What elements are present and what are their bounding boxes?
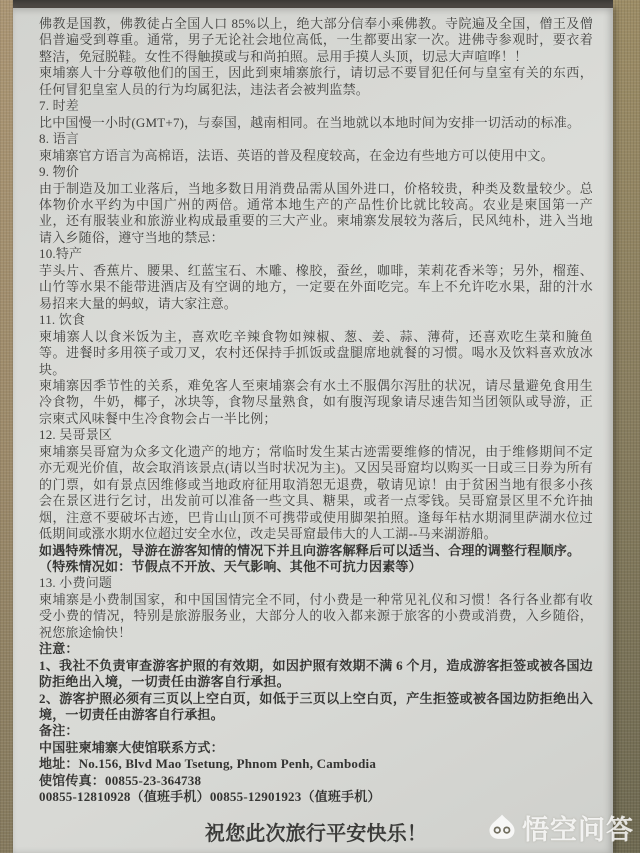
paragraph-special-cases: （特殊情况如：节假点不开放、天气影响、其他不可抗力因素等） bbox=[39, 559, 593, 575]
section-13-tipping: 13. 小费问题 bbox=[39, 575, 593, 591]
notice-passport-blank-pages: 2、游客护照必须有三页以上空白页，如低于三页以上空白页，产生拒签或被各国边防拒绝… bbox=[39, 691, 593, 724]
paragraph-tipping: 柬埔寨是小费制国家，和中国国情完全不同，付小费是一种常见礼仪和习惯！各行各业都有… bbox=[39, 592, 593, 641]
embassy-contact-label: 中国驻柬埔寨大使馆联系方式： bbox=[39, 740, 593, 756]
paragraph-language: 柬埔寨官方语言为高棉语，法语、英语的普及程度较高，在金边有些地方可以使用中文。 bbox=[39, 148, 593, 164]
embassy-address: 地址：No.156, Blvd Mao Tsetung, Phnom Penh,… bbox=[39, 756, 593, 772]
watermark-brand-text: 悟空问答 bbox=[522, 808, 634, 847]
paragraph-time-difference: 比中国慢一小时(GMT+7)，与泰国，越南相同。在当地就以本地时间为安排一切活动… bbox=[39, 115, 593, 131]
notice-label: 注意： bbox=[39, 641, 593, 657]
section-9-prices: 9. 物价 bbox=[39, 164, 593, 180]
paragraph-angkor-notes: 柬埔寨吴哥窟为众多文化遗产的地方；常临时发生某古迹需要维修的情况，由于维修期间不… bbox=[39, 444, 593, 543]
section-7-time-difference: 7. 时差 bbox=[39, 98, 593, 114]
fabric-background-left bbox=[0, 0, 13, 853]
document-page: 佛教是国教，佛教徒占全国人口 85%以上，绝大部分信奉小乘佛教。寺院遍及全国，僧… bbox=[13, 8, 613, 853]
table-edge-shadow bbox=[13, 0, 613, 8]
watermark: 悟空问答 bbox=[487, 808, 634, 847]
paragraph-itinerary-change: 如遇特殊情况，导游在游客知情的情况下并且向游客解释后可以适当、合理的调整行程顺序… bbox=[39, 543, 593, 559]
paragraph-food-habits: 柬埔寨人以食米饭为主，喜欢吃辛辣食物如辣椒、葱、姜、蒜、薄荷，还喜欢吃生菜和腌鱼… bbox=[39, 329, 593, 378]
section-8-language: 8. 语言 bbox=[39, 131, 593, 147]
paragraph-royal-family: 柬埔寨人十分尊敬他们的国王，因此到柬埔寨旅行，请切忌不要冒犯任何与皇室有关的东西… bbox=[39, 65, 593, 98]
embassy-duty-phones: 00855-12810928（值班手机）00855-12901923（值班手机） bbox=[39, 789, 593, 805]
paragraph-prices: 由于制造及加工业落后，当地多数日用消费品需从国外进口，价格较贵，种类及数量较少。… bbox=[39, 181, 593, 247]
paragraph-specialties: 芋头片、香蕉片、腰果、红蓝宝石、木雕、橡胶，蚕丝，咖啡，茉莉花香米等；另外，榴莲… bbox=[39, 263, 593, 312]
embassy-fax: 使馆传真：00855-23-364738 bbox=[39, 773, 593, 789]
wukong-logo-icon bbox=[487, 813, 517, 843]
paragraph-food-safety: 柬埔寨因季节性的关系，难免客人至柬埔寨会有水土不服偶尔泻肚的状况，请尽量避免食用… bbox=[39, 378, 593, 427]
photo-of-document: 佛教是国教，佛教徒占全国人口 85%以上，绝大部分信奉小乘佛教。寺院遍及全国，僧… bbox=[0, 0, 640, 853]
remark-label: 备注： bbox=[39, 723, 593, 739]
section-11-food: 11. 饮食 bbox=[39, 312, 593, 328]
section-12-angkor: 12. 吴哥景区 bbox=[39, 427, 593, 443]
section-10-specialties: 10.特产 bbox=[39, 246, 593, 262]
paragraph-buddhism-etiquette: 佛教是国教，佛教徒占全国人口 85%以上，绝大部分信奉小乘佛教。寺院遍及全国，僧… bbox=[39, 16, 593, 65]
notice-passport-validity: 1、我社不负责审查游客护照的有效期，如因护照有效期不满 6 个月，造成游客拒签或… bbox=[39, 658, 593, 691]
